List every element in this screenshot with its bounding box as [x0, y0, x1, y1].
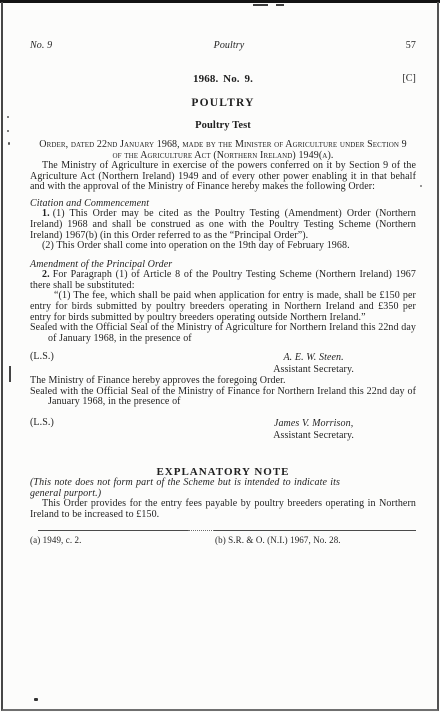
amendment-margin-mark	[9, 366, 11, 382]
paragraph-1-number: 1.	[42, 208, 50, 219]
locus-sigilli: (L.S.)	[30, 352, 54, 376]
substituted-text-quote: “(1) The fee, which shall be paid when a…	[30, 291, 416, 323]
signature-block: A. E. W. Steen. Assistant Secretary.	[273, 352, 354, 376]
preamble-paragraph: The Ministry of Agriculture in exercise …	[30, 161, 416, 193]
explanatory-note-disclaimer: (This note does not form part of the Sch…	[30, 478, 340, 499]
running-header: No. 9 Poultry 57	[30, 40, 416, 51]
classification-mark: [C]	[402, 73, 416, 85]
signatory-title: Assistant Secretary.	[273, 430, 354, 441]
footnotes: (a) 1949, c. 2. (b) S.R. & O. (N.I.) 196…	[30, 535, 416, 547]
scanned-document-page: No. 9 Poultry 57 1968. No. 9. [C] POULTR…	[0, 0, 440, 712]
scan-speck	[34, 698, 38, 701]
scan-speck	[8, 142, 10, 145]
scan-speck	[420, 185, 422, 187]
signature-row-agriculture: (L.S.) A. E. W. Steen. Assistant Secreta…	[30, 352, 416, 376]
running-title: Poultry	[214, 40, 245, 51]
paragraph-2-text: For Paragraph (1) of Article 8 of the Po…	[30, 269, 416, 291]
sealed-agriculture-paragraph: Sealed with the Official Seal of the Min…	[30, 323, 416, 344]
paragraph-2-number: 2.	[42, 269, 50, 280]
signature-row-finance: (L.S.) James V. Morrison, Assistant Secr…	[30, 418, 416, 442]
sealed-finance-paragraph: Sealed with the Official Seal of the Min…	[30, 387, 416, 408]
paragraph-2: 2.For Paragraph (1) of Article 8 of the …	[30, 270, 416, 291]
category-title: POULTRY	[30, 97, 416, 109]
paragraph-1-2: (2) This Order shall come into operation…	[30, 241, 416, 252]
statute-number-line: 1968. No. 9. [C]	[30, 73, 416, 85]
signatory-name: A. E. W. Steen.	[283, 352, 343, 363]
page-number-label: No. 9	[30, 40, 52, 51]
signatory-title: Assistant Secretary.	[273, 364, 354, 375]
order-caption: Order, dated 22nd January 1968, made by …	[36, 139, 410, 161]
footnote-b: (b) S.R. & O. (N.I.) 1967, No. 28.	[215, 535, 341, 545]
signature-block: James V. Morrison, Assistant Secretary.	[273, 418, 354, 442]
footnote-rule	[38, 530, 416, 531]
document-content: No. 9 Poultry 57 1968. No. 9. [C] POULTR…	[0, 0, 440, 547]
finance-approval-paragraph: The Ministry of Finance hereby approves …	[30, 376, 416, 387]
page-number: 57	[406, 40, 416, 51]
paragraph-1: 1.(1) This Order may be cited as the Pou…	[30, 209, 416, 241]
subject-title: Poultry Test	[30, 120, 416, 131]
scan-speck	[7, 116, 9, 118]
explanatory-note-body: This Order provides for the entry fees p…	[30, 499, 416, 520]
scan-speck	[7, 130, 9, 132]
signatory-name: James V. Morrison,	[274, 418, 353, 429]
statute-number: 1968. No. 9.	[193, 73, 253, 85]
paragraph-1-text: (1) This Order may be cited as the Poult…	[30, 208, 416, 240]
footnote-a: (a) 1949, c. 2.	[30, 535, 81, 545]
locus-sigilli: (L.S.)	[30, 418, 54, 442]
